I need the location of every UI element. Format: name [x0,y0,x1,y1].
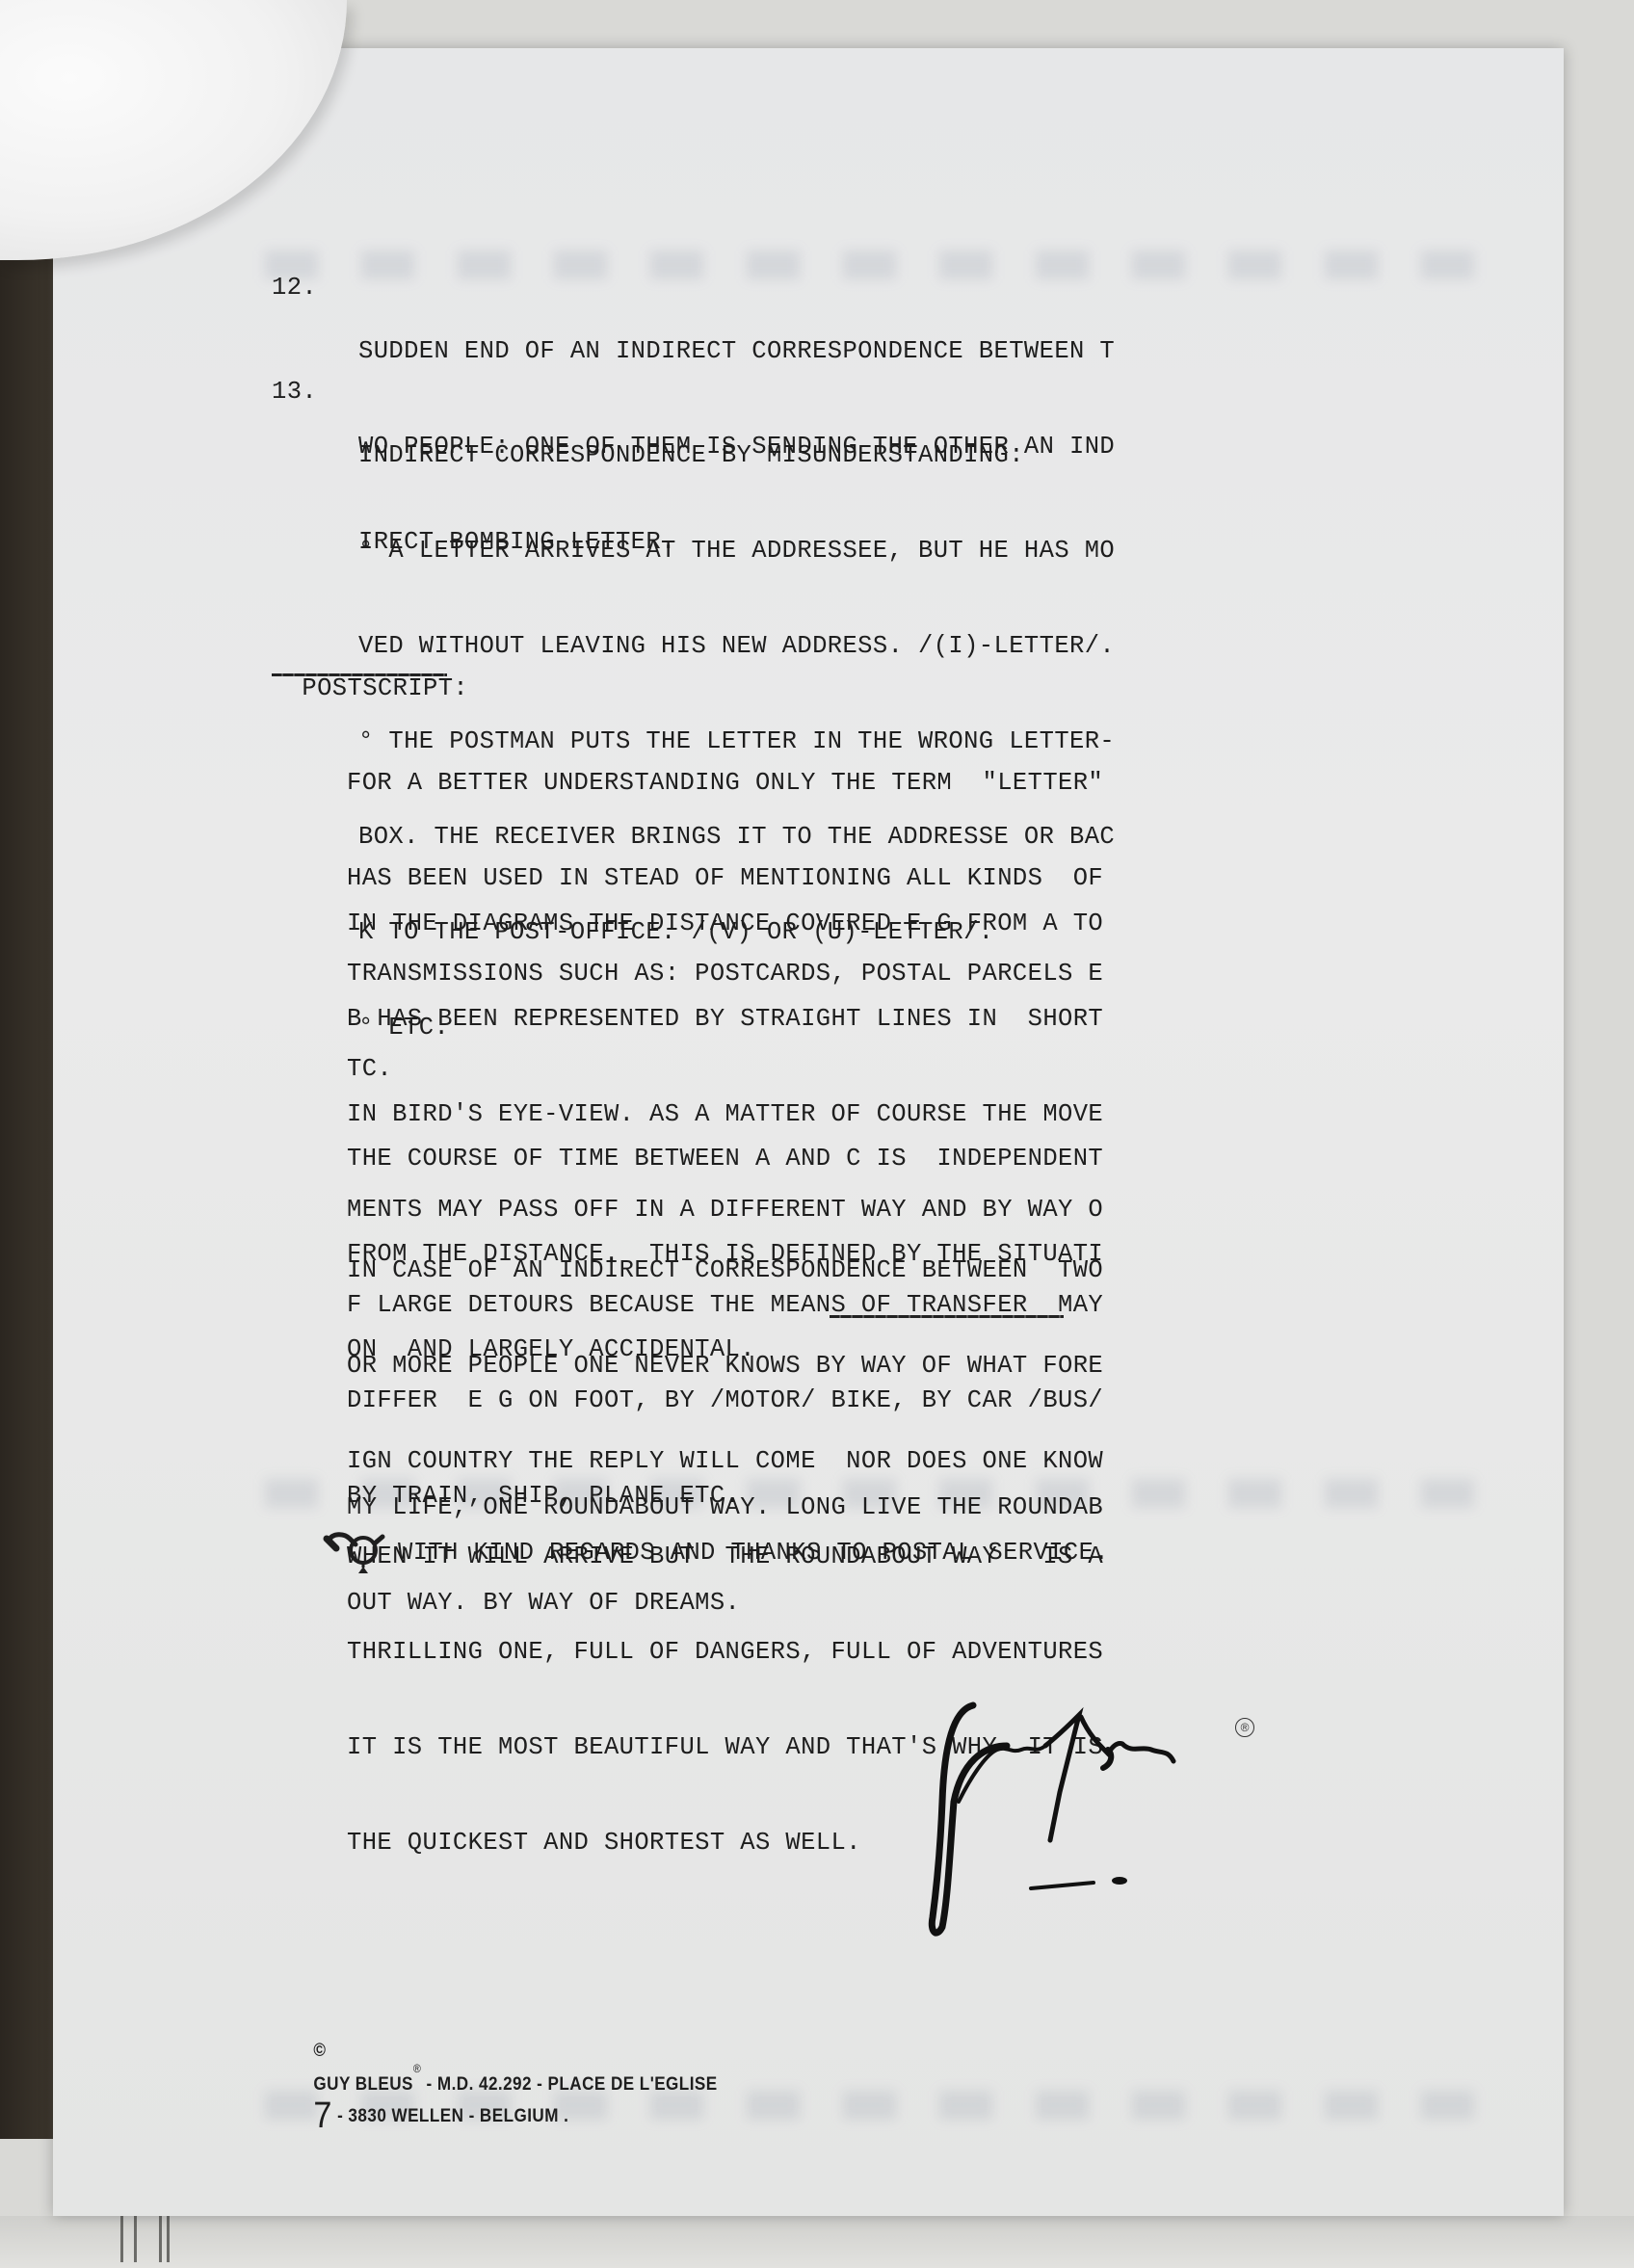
text-line: VED WITHOUT LEAVING HIS NEW ADDRESS. /(I… [358,630,1115,662]
footer-separator: - [463,2106,480,2126]
footer-separator: - [421,2074,437,2095]
item-number: 13. [272,376,317,408]
footer-city: 3830 WELLEN [348,2106,463,2126]
background-under-page [0,2216,1634,2268]
registered-icon: ® [413,2062,421,2075]
text-line: MY LIFE, ONE ROUNDABOUT WAY. LONG LIVE T… [347,1491,1103,1523]
footer-separator: - [532,2074,548,2095]
postal-horn-icon [323,1529,390,1577]
text-line: IN CASE OF AN INDIRECT CORRESPONDENCE BE… [347,1254,1103,1286]
footer-street: PLACE DE L'EGLISE [548,2074,718,2095]
stacked-page-edges [120,2216,198,2268]
footer-separator: - [332,2106,349,2126]
footer-address: © GUY BLEUS® - M.D. 42.292 - PLACE DE L'… [303,2019,718,2137]
footer-country: BELGIUM . [480,2106,568,2126]
footer-md: M.D. 42.292 [437,2074,532,2095]
text-line: B HAS BEEN REPRESENTED BY STRAIGHT LINES… [347,1003,1103,1035]
text-line: ° A LETTER ARRIVES AT THE ADDRESSEE, BUT… [358,535,1115,567]
text-line: THE COURSE OF TIME BETWEEN A AND C IS IN… [347,1143,1103,1174]
text-line: OUT WAY. BY WAY OF DREAMS. [347,1587,1103,1619]
text-line: INDIRECT CORRESPONDENCE BY MISUNDERSTAND… [358,439,1115,471]
text-line: OR MORE PEOPLE ONE NEVER KNOWS BY WAY OF… [347,1350,1103,1382]
item-number: 12. [272,272,317,303]
handwritten-signature [915,1686,1204,1946]
text-line: IN THE DIAGRAMS THE DISTANCE COVERED E G… [347,908,1103,939]
list-item-12: 12. SUDDEN END OF AN INDIRECT CORRESPOND… [272,272,302,367]
text-line: SUDDEN END OF AN INDIRECT CORRESPONDENCE… [358,335,1115,367]
copyright-icon: © [313,2041,326,2061]
closing-line: WITH KIND REGARDS AND THANKS TO POSTAL S… [323,1537,353,1632]
signature-registered-mark: ® [1235,1718,1254,1737]
roundabout-way-underline [830,1315,1064,1318]
footer-house-number: 7 [313,2096,331,2136]
closing-text: WITH KIND REGARDS AND THANKS TO POSTAL S… [398,1537,1109,1569]
heading-underline [272,673,447,676]
footer-name: GUY BLEUS [313,2074,413,2095]
list-item-13: 13. INDIRECT CORRESPONDENCE BY MISUNDERS… [272,376,302,471]
text-line: FOR A BETTER UNDERSTANDING ONLY THE TERM… [347,767,1103,799]
heading-text: POSTSCRIPT: [302,674,468,702]
